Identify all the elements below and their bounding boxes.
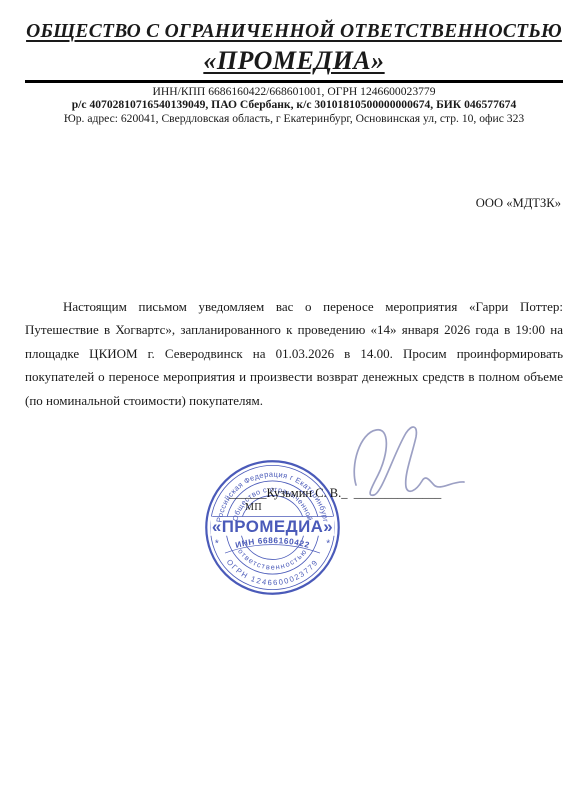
stamp-inn-text: ИНН 6686160422 [234, 536, 310, 550]
letter-body: Настоящим письмом уведомляем вас о перен… [25, 295, 563, 412]
stamp-company-name: «ПРОМЕДИА» [212, 517, 333, 536]
company-bank-details: р/с 40702810716540139049, ПАО Сбербанк, … [0, 98, 588, 111]
handwritten-signature-icon [342, 423, 467, 508]
stamp-outer-bottom-text: ОГРН 1246600023779 [225, 557, 321, 587]
stamp-star-left: * [215, 539, 219, 550]
company-inn-ogrn: ИНН/КПП 6686160422/668601001, ОГРН 12466… [0, 85, 588, 98]
svg-text:ИНН 6686160422: ИНН 6686160422 [234, 536, 310, 550]
header-divider [25, 80, 563, 83]
addressee: ООО «МДТЗК» [476, 196, 561, 211]
letter-page: ОБЩЕСТВО С ОГРАНИЧЕННОЙ ОТВЕТСТВЕННОСТЬЮ… [0, 0, 588, 787]
letterhead: ОБЩЕСТВО С ОГРАНИЧЕННОЙ ОТВЕТСТВЕННОСТЬЮ… [0, 0, 588, 125]
company-name-title: «ПРОМЕДИА» [0, 47, 588, 75]
company-address: Юр. адрес: 620041, Свердловская область,… [0, 112, 588, 125]
svg-text:ОГРН 1246600023779: ОГРН 1246600023779 [225, 557, 321, 587]
company-type-title: ОБЩЕСТВО С ОГРАНИЧЕННОЙ ОТВЕТСТВЕННОСТЬЮ [0, 21, 588, 43]
company-stamp-icon: Российская Федерация г Екатеринбург ОГРН… [204, 459, 341, 596]
stamp-star-right: * [326, 539, 330, 550]
